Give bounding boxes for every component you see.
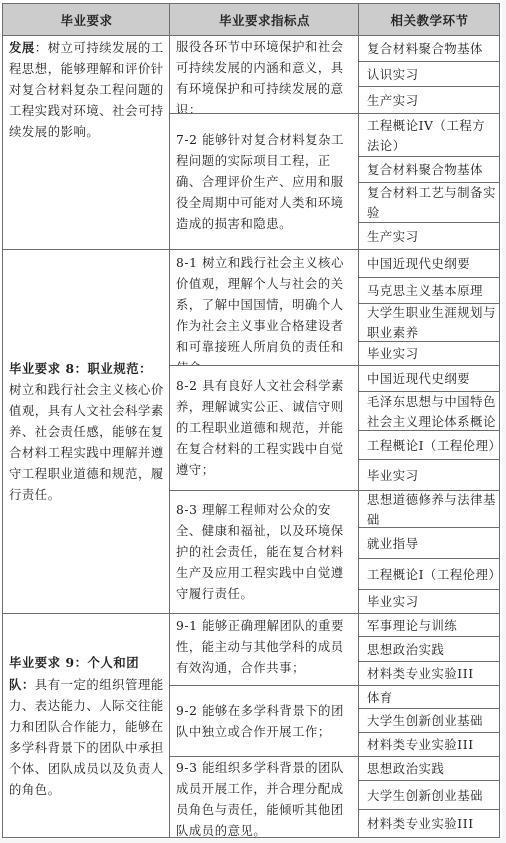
course-cell: 毛泽东思想与中国特色社会主义理论体系概论 [358, 391, 500, 431]
indicator-text: 7-2 能够针对复合材料复杂工程问题的实际项目工程，正确、合理评价生产、应用和服… [176, 130, 354, 235]
course-label: 思想政治实践 [367, 759, 444, 779]
course-label: 思想政治实践 [367, 640, 444, 660]
indicator-text: 服役各环节中环境保护和社会可持续发展的内涵和意义，具有环境保护和可持续发展的意识… [176, 37, 354, 114]
requirement-body-9: 具有一定的组织管理能力、表达能力、人际交往能力和团队合作能力，能够在多学科背景下… [9, 678, 164, 797]
course-label: 就业指导 [367, 534, 419, 554]
course-label: 工程概论IV（工程方法论） [367, 116, 496, 156]
course-cell: 就业指导 [358, 527, 500, 559]
course-cell: 认识实习 [358, 61, 500, 87]
requirement-title-7: 发展 [9, 40, 35, 55]
course-cell: 材料类专业实验III [358, 732, 500, 757]
course-label: 大学生职业生涯规划与职业素养 [367, 303, 496, 342]
course-label: 思想道德修养与法律基础 [367, 490, 496, 528]
course-label: 材料类专业实验III [367, 814, 474, 834]
header-indicator-label: 毕业要求指标点 [219, 10, 310, 31]
requirement-title-8: 毕业要求 8：职业规范： [9, 361, 152, 376]
course-cell: 大学生创新创业基础 [358, 708, 500, 733]
requirement-body-8: 树立和践行社会主义核心价值观，具有人文社会科学素养、社会责任感，能够在复合材料工… [9, 383, 164, 502]
requirement-text-9: 毕业要求 9：个人和团队：具有一定的组织管理能力、表达能力、人际交往能力和团队合… [9, 652, 164, 801]
indicator-text: 9-3 能组织多学科背景的团队成员开展工作，并合理分配成员角色与责任，能倾听其他… [176, 758, 354, 838]
course-label: 中国近现代史纲要 [367, 254, 470, 274]
course-cell: 中国近现代史纲要 [358, 365, 500, 392]
indicator-cell-7-2: 7-2 能够针对复合材料复杂工程问题的实际项目工程，正确、合理评价生产、应用和服… [169, 113, 359, 250]
indicator-cell-9-2: 9-2 能够在多学科背景下的团队中独立或合作开展工作； [169, 685, 359, 757]
requirement-body-7: ：树立可持续发展的工程思想，能够理解和评价针对复合材料复杂工程问题的工程实践对环… [9, 41, 164, 139]
course-label: 军事理论与训练 [367, 616, 457, 636]
course-cell: 生产实习 [358, 222, 500, 250]
indicator-text: 8-3 理解工程师对公众的安全、健康和福祉，以及环境保护的社会责任，能在复合材料… [176, 500, 354, 605]
course-cell: 工程概论IV（工程方法论） [358, 113, 500, 157]
course-label: 材料类专业实验III [367, 664, 474, 684]
course-cell: 毕业实习 [358, 341, 500, 366]
course-cell: 工程概论I（工程伦理） [358, 430, 500, 460]
indicator-cell-8-2: 8-2 具有良好人文社会科学素养，理解诚实公正、诚信守则的工程职业道德和规范，并… [169, 365, 359, 491]
course-cell: 体育 [358, 685, 500, 709]
course-cell: 马克思主义基本原理 [358, 277, 500, 304]
course-cell: 毕业实习 [358, 589, 500, 614]
course-label: 工程概论I（工程伦理） [367, 565, 496, 585]
course-label: 复合材料工艺与制备实验 [367, 183, 496, 223]
course-label: 大学生创新创业基础 [367, 786, 483, 806]
course-label: 毕业实习 [367, 344, 419, 364]
indicator-text: 9-2 能够在多学科背景下的团队中独立或合作开展工作； [176, 701, 354, 743]
indicator-cell-9-3: 9-3 能组织多学科背景的团队成员开展工作，并合理分配成员角色与责任，能倾听其他… [169, 756, 359, 838]
course-label: 生产实习 [367, 91, 419, 111]
course-label: 生产实习 [367, 227, 419, 247]
course-cell: 大学生创新创业基础 [358, 780, 500, 810]
course-cell: 材料类专业实验III [358, 661, 500, 686]
indicator-text: 8-1 树立和践行社会主义核心价值观，理解个人与社会的关系，了解中国国情，明确个… [176, 253, 354, 366]
course-label: 毕业实习 [367, 592, 419, 612]
course-cell: 思想政治实践 [358, 636, 500, 662]
course-cell: 工程概论I（工程伦理） [358, 558, 500, 590]
indicator-cell-8-1: 8-1 树立和践行社会主义核心价值观，理解个人与社会的关系，了解中国国情，明确个… [169, 249, 359, 366]
requirement-text-8: 毕业要求 8：职业规范：树立和践行社会主义核心价值观，具有人文社会科学素养、社会… [9, 358, 164, 506]
indicator-cell-9-1: 9-1 能够正确理解团队的重要性，能主动与其他学科的成员有效沟通，合作共事； [169, 613, 359, 686]
course-label: 复合材料聚合物基体 [367, 160, 483, 180]
course-cell: 思想道德修养与法律基础 [358, 490, 500, 528]
course-label: 复合材料聚合物基体 [367, 39, 483, 59]
course-cell: 军事理论与训练 [358, 613, 500, 637]
indicator-cell-7-1: 服役各环节中环境保护和社会可持续发展的内涵和意义，具有环境保护和可持续发展的意识… [169, 35, 359, 114]
course-label: 毛泽东思想与中国特色社会主义理论体系概论 [367, 392, 496, 432]
course-cell: 大学生职业生涯规划与职业素养 [358, 303, 500, 342]
course-label: 马克思主义基本原理 [367, 281, 483, 301]
requirement-text-7: 发展：树立可持续发展的工程思想，能够理解和评价针对复合材料复杂工程问题的工程实践… [9, 37, 164, 143]
course-label: 体育 [367, 688, 393, 708]
course-label: 材料类专业实验III [367, 735, 474, 755]
course-cell: 复合材料工艺与制备实验 [358, 182, 500, 223]
page-edge-bottom [0, 839, 506, 843]
course-cell: 复合材料聚合物基体 [358, 35, 500, 62]
indicator-cell-8-3: 8-3 理解工程师对公众的安全、健康和福祉，以及环境保护的社会责任，能在复合材料… [169, 490, 359, 614]
page-edge-right [502, 0, 506, 843]
course-label: 毕业实习 [367, 466, 419, 486]
indicator-text: 8-2 具有良好人文社会科学素养，理解诚实公正、诚信守则的工程职业道德和规范，并… [176, 376, 354, 481]
requirement-cell-7: 发展：树立可持续发展的工程思想，能够理解和评价针对复合材料复杂工程问题的工程实践… [2, 35, 170, 250]
course-cell: 材料类专业实验III [358, 809, 500, 838]
header-courses-label: 相关教学环节 [390, 10, 468, 31]
course-cell: 生产实习 [358, 86, 500, 114]
header-requirement: 毕业要求 [2, 3, 170, 36]
course-cell: 思想政治实践 [358, 756, 500, 781]
header-courses: 相关教学环节 [358, 3, 500, 36]
indicator-text: 9-1 能够正确理解团队的重要性，能主动与其他学科的成员有效沟通，合作共事； [176, 616, 354, 679]
course-label: 认识实习 [367, 65, 419, 85]
course-label: 大学生创新创业基础 [367, 711, 483, 731]
course-label: 中国近现代史纲要 [367, 369, 470, 389]
course-cell: 毕业实习 [358, 459, 500, 491]
course-cell: 中国近现代史纲要 [358, 249, 500, 278]
requirement-cell-8: 毕业要求 8：职业规范：树立和践行社会主义核心价值观，具有人文社会科学素养、社会… [2, 249, 170, 614]
course-label: 工程概论I（工程伦理） [367, 436, 496, 456]
header-indicator: 毕业要求指标点 [169, 3, 359, 36]
graduation-requirements-table: 毕业要求 毕业要求指标点 相关教学环节 发展：树立可持续发展的工程思想，能够理解… [2, 3, 500, 838]
requirement-cell-9: 毕业要求 9：个人和团队：具有一定的组织管理能力、表达能力、人际交往能力和团队合… [2, 613, 170, 838]
course-cell: 复合材料聚合物基体 [358, 156, 500, 183]
header-requirement-label: 毕业要求 [60, 10, 112, 31]
